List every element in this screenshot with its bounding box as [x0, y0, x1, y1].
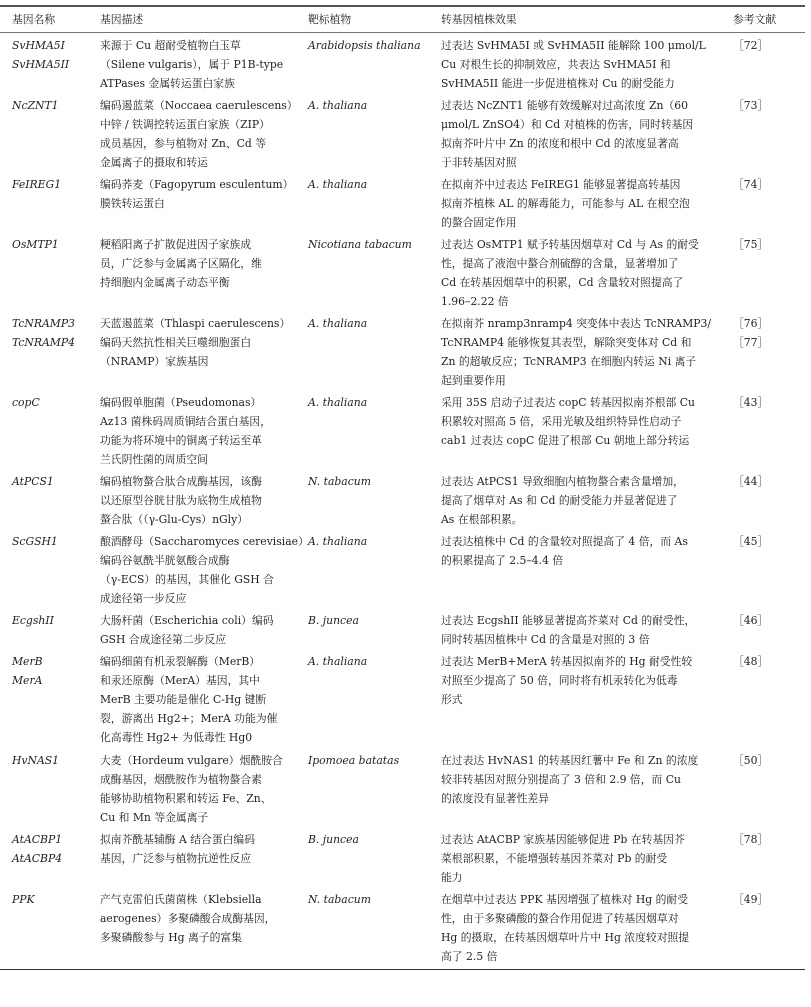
gene-description-line: 多聚磷酸参与 Hg 离子的富集 [100, 928, 308, 947]
transgenic-effect-line: 过表达 NcZNT1 能够有效缓解对过高浓度 Zn（60 [441, 96, 733, 115]
gene-description-line: 编码天然抗性相关巨噬细胞蛋白 [100, 333, 308, 352]
transgenic-effect-line: As 在根部积累。 [441, 510, 733, 529]
gene-name-cell: MerBMerA [0, 652, 100, 751]
gene-description-line: 和汞还原酶（MerA）基因，其中 [100, 671, 308, 690]
gene-name-line: PPK [12, 890, 100, 909]
transgenic-effect-line: 过表达 MerB+MerA 转基因拟南芥的 Hg 耐受性较 [441, 652, 733, 671]
reference-line: ［49］ [733, 890, 805, 909]
gene-name-line: TcNRAMP3 [12, 314, 100, 333]
target-plant-cell: N. tabacum [308, 890, 441, 969]
transgenic-effect-line: 较非转基因对照分别提高了 3 倍和 2.9 倍，而 Cu [441, 770, 733, 789]
reference-line: ［72］ [733, 36, 805, 55]
transgenic-effect-line: 能力 [441, 868, 733, 887]
gene-name-line: AtPCS1 [12, 472, 100, 491]
target-plant-line: A. thaliana [308, 96, 441, 115]
gene-name-cell: SvHMA5ISvHMA5II [0, 36, 100, 96]
gene-name-cell: EcgshII [0, 611, 100, 652]
gene-name-line: TcNRAMP4 [12, 333, 100, 352]
header-references: 参考文献 [733, 10, 805, 29]
reference-line: ［75］ [733, 235, 805, 254]
transgenic-effect-line: 对照至少提高了 50 倍，同时将有机汞转化为低毒 [441, 671, 733, 690]
transgenic-effect-line: 性，由于多聚磷酸的螯合作用促进了转基因烟草对 [441, 909, 733, 928]
target-plant-line: Ipomoea batatas [308, 751, 441, 770]
transgenic-effect-line: 提高了烟草对 As 和 Cd 的耐受能力并显著促进了 [441, 491, 733, 510]
transgenic-effect-cell: 过表达 EcgshII 能够显著提高芥菜对 Cd 的耐受性，同时转基因植株中 C… [441, 611, 733, 652]
target-plant-line: A. thaliana [308, 532, 441, 551]
header-gene-description: 基因描述 [100, 10, 308, 29]
table-row: TcNRAMP3TcNRAMP4天蓝遏蓝菜（Thlaspi caerulesce… [0, 314, 805, 393]
reference-line: ［43］ [733, 393, 805, 412]
header-gene-name: 基因名称 [0, 10, 100, 29]
table-row: OsMTP1粳稻阳离子扩散促进因子家族成员，广泛参与金属离子区隔化，维持细胞内金… [0, 235, 805, 314]
gene-description-line: 螯合肽（（γ-Glu-Cys）nGly） [100, 510, 308, 529]
gene-description-cell: 编码遏蓝菜（Noccaea caerulescens）中锌 / 铁调控转运蛋白家… [100, 96, 308, 175]
table-row: EcgshII大肠杆菌（Escherichia coli）编码GSH 合成途径第… [0, 611, 805, 652]
transgenic-effect-cell: 在过表达 HvNAS1 的转基因红薯中 Fe 和 Zn 的浓度较非转基因对照分别… [441, 751, 733, 830]
reference-line: ［78］ [733, 830, 805, 849]
transgenic-effect-cell: 过表达 SvHMA5I 或 SvHMA5II 能解除 100 μmol/LCu … [441, 36, 733, 96]
gene-description-line: ATPases 金属转运蛋白家族 [100, 74, 308, 93]
transgenic-effect-cell: 在烟草中过表达 PPK 基因增强了植株对 Hg 的耐受性，由于多聚磷酸的螯合作用… [441, 890, 733, 969]
gene-description-line: 能够协助植物积累和转运 Fe、Zn、 [100, 789, 308, 808]
gene-description-line: 大肠杆菌（Escherichia coli）编码 [100, 611, 308, 630]
transgenic-effect-cell: 在拟南芥中过表达 FeIREG1 能够显著提高转基因拟南芥植株 AL 的解毒能力… [441, 175, 733, 235]
transgenic-effect-cell: 过表达 AtPCS1 导致细胞内植物螯合素含量增加，提高了烟草对 As 和 Cd… [441, 472, 733, 532]
table-body: SvHMA5ISvHMA5II来源于 Cu 超耐受植物白玉草（Silene vu… [0, 33, 805, 969]
transgenic-effect-cell: 在拟南芥 nramp3nramp4 突变体中表达 TcNRAMP3/TcNRAM… [441, 314, 733, 393]
transgenic-effect-line: SvHMA5II 能进一步促进植株对 Cu 的耐受能力 [441, 74, 733, 93]
gene-description-line: 持细胞内金属离子动态平衡 [100, 273, 308, 292]
reference-cell: ［43］ [733, 393, 805, 472]
gene-name-cell: HvNAS1 [0, 751, 100, 830]
header-target-plant: 靶标植物 [308, 10, 441, 29]
gene-name-cell: NcZNT1 [0, 96, 100, 175]
transgenic-effect-cell: 过表达植株中 Cd 的含量较对照提高了 4 倍，而 As的积累提高了 2.5–4… [441, 532, 733, 611]
target-plant-line: B. juncea [308, 611, 441, 630]
target-plant-line: A. thaliana [308, 175, 441, 194]
target-plant-cell: B. juncea [308, 611, 441, 652]
gene-description-cell: 拟南芥酰基辅酶 A 结合蛋白编码基因，广泛参与植物抗逆性反应 [100, 830, 308, 890]
reference-cell: ［78］ [733, 830, 805, 890]
transgenic-effect-line: 过表达 AtACBP 家族基因能够促进 Pb 在转基因芥 [441, 830, 733, 849]
transgenic-effect-cell: 过表达 AtACBP 家族基因能够促进 Pb 在转基因芥菜根部积累，不能增强转基… [441, 830, 733, 890]
transgenic-effect-cell: 过表达 MerB+MerA 转基因拟南芥的 Hg 耐受性较对照至少提高了 50 … [441, 652, 733, 751]
transgenic-effect-line: Cu 对根生长的抑制效应，共表达 SvHMA5I 和 [441, 55, 733, 74]
target-plant-cell: A. thaliana [308, 393, 441, 472]
gene-description-line: 大麦（Hordeum vulgare）烟酰胺合 [100, 751, 308, 770]
reference-cell: ［49］ [733, 890, 805, 969]
transgenic-effect-line: 拟南芥植株 AL 的解毒能力，可能参与 AL 在根空泡 [441, 194, 733, 213]
transgenic-effect-line: μmol/L ZnSO4）和 Cd 对植株的伤害，同时转基因 [441, 115, 733, 134]
target-plant-cell: A. thaliana [308, 314, 441, 393]
target-plant-line: A. thaliana [308, 314, 441, 333]
gene-name-line: AtACBP1 [12, 830, 100, 849]
target-plant-cell: A. thaliana [308, 175, 441, 235]
gene-description-cell: 来源于 Cu 超耐受植物白玉草（Silene vulgaris），属于 P1B-… [100, 36, 308, 96]
transgenic-effect-line: 在烟草中过表达 PPK 基因增强了植株对 Hg 的耐受 [441, 890, 733, 909]
gene-description-line: 编码细菌有机汞裂解酶（MerB） [100, 652, 308, 671]
gene-name-line: SvHMA5I [12, 36, 100, 55]
gene-description-line: 编码遏蓝菜（Noccaea caerulescens） [100, 96, 308, 115]
transgenic-effect-line: 采用 35S 启动子过表达 copC 转基因拟南芥根部 Cu [441, 393, 733, 412]
gene-description-cell: 产气克雷伯氏菌菌株（Klebsiellaaerogenes）多聚磷酸合成酶基因，… [100, 890, 308, 969]
transgenic-effect-line: 过表达植株中 Cd 的含量较对照提高了 4 倍，而 As [441, 532, 733, 551]
gene-description-line: 员，广泛参与金属离子区隔化，维 [100, 254, 308, 273]
target-plant-cell: A. thaliana [308, 652, 441, 751]
table-row: MerBMerA编码细菌有机汞裂解酶（MerB）和汞还原酶（MerA）基因，其中… [0, 652, 805, 751]
transgenic-effect-line: 拟南芥叶片中 Zn 的浓度和根中 Cd 的浓度显著高 [441, 134, 733, 153]
reference-line: ［46］ [733, 611, 805, 630]
gene-name-line: SvHMA5II [12, 55, 100, 74]
gene-description-line: 来源于 Cu 超耐受植物白玉草 [100, 36, 308, 55]
transgenic-effect-line: 高了 2.5 倍 [441, 947, 733, 966]
gene-name-line: ScGSH1 [12, 532, 100, 551]
gene-name-cell: AtACBP1AtACBP4 [0, 830, 100, 890]
transgenic-effect-line: 于非转基因对照 [441, 153, 733, 172]
gene-description-cell: 大麦（Hordeum vulgare）烟酰胺合成酶基因，烟酰胺作为植物螯合素能够… [100, 751, 308, 830]
target-plant-cell: Arabidopsis thaliana [308, 36, 441, 96]
gene-table: 基因名称 基因描述 靶标植物 转基因植株效果 参考文献 SvHMA5ISvHMA… [0, 5, 805, 970]
gene-name-line: copC [12, 393, 100, 412]
gene-name-line: HvNAS1 [12, 751, 100, 770]
transgenic-effect-line: 过表达 OsMTP1 赋予转基因烟草对 Cd 与 As 的耐受 [441, 235, 733, 254]
gene-name-line: FeIREG1 [12, 175, 100, 194]
table-row: ScGSH1酿酒酵母（Saccharomyces cerevisiae）编码谷氨… [0, 532, 805, 611]
gene-name-cell: FeIREG1 [0, 175, 100, 235]
transgenic-effect-line: 的积累提高了 2.5–4.4 倍 [441, 551, 733, 570]
gene-description-cell: 粳稻阳离子扩散促进因子家族成员，广泛参与金属离子区隔化，维持细胞内金属离子动态平… [100, 235, 308, 314]
reference-line: ［45］ [733, 532, 805, 551]
reference-line: ［77］ [733, 333, 805, 352]
gene-description-line: 成酶基因，烟酰胺作为植物螯合素 [100, 770, 308, 789]
gene-name-line: NcZNT1 [12, 96, 100, 115]
gene-description-cell: 编码荞麦（Fagopyrum esculentum）膜铁转运蛋白 [100, 175, 308, 235]
target-plant-line: Arabidopsis thaliana [308, 36, 441, 55]
gene-description-cell: 编码假单胞菌（Pseudomonas）Az13 菌株码周质铜结合蛋白基因，功能为… [100, 393, 308, 472]
transgenic-effect-line: 在过表达 HvNAS1 的转基因红薯中 Fe 和 Zn 的浓度 [441, 751, 733, 770]
target-plant-cell: Ipomoea batatas [308, 751, 441, 830]
gene-description-cell: 编码植物螯合肽合成酶基因，该酶以还原型谷胱甘肽为底物生成植物螯合肽（（γ-Glu… [100, 472, 308, 532]
gene-name-cell: AtPCS1 [0, 472, 100, 532]
transgenic-effect-line: 菜根部积累，不能增强转基因芥菜对 Pb 的耐受 [441, 849, 733, 868]
transgenic-effect-cell: 过表达 OsMTP1 赋予转基因烟草对 Cd 与 As 的耐受性，提高了液泡中螯… [441, 235, 733, 314]
gene-description-line: （γ-ECS）的基因，其催化 GSH 合 [100, 570, 308, 589]
table-row: PPK产气克雷伯氏菌菌株（Klebsiellaaerogenes）多聚磷酸合成酶… [0, 890, 805, 969]
reference-line: ［74］ [733, 175, 805, 194]
target-plant-cell: B. juncea [308, 830, 441, 890]
reference-line: ［44］ [733, 472, 805, 491]
gene-description-line: Az13 菌株码周质铜结合蛋白基因， [100, 412, 308, 431]
gene-name-line: MerA [12, 671, 100, 690]
target-plant-cell: N. tabacum [308, 472, 441, 532]
reference-cell: ［75］ [733, 235, 805, 314]
gene-description-line: 金属离子的摄取和转运 [100, 153, 308, 172]
target-plant-cell: Nicotiana tabacum [308, 235, 441, 314]
gene-name-cell: ScGSH1 [0, 532, 100, 611]
target-plant-line: B. juncea [308, 830, 441, 849]
transgenic-effect-line: Zn 的超敏反应；TcNRAMP3 在细胞内转运 Ni 离子 [441, 352, 733, 371]
target-plant-line: Nicotiana tabacum [308, 235, 441, 254]
gene-description-line: 天蓝遏蓝菜（Thlaspi caerulescens） [100, 314, 308, 333]
reference-cell: ［76］［77］ [733, 314, 805, 393]
table-row: SvHMA5ISvHMA5II来源于 Cu 超耐受植物白玉草（Silene vu… [0, 36, 805, 96]
target-plant-cell: A. thaliana [308, 532, 441, 611]
gene-description-line: 粳稻阳离子扩散促进因子家族成 [100, 235, 308, 254]
gene-description-cell: 大肠杆菌（Escherichia coli）编码GSH 合成途径第二步反应 [100, 611, 308, 652]
gene-description-line: 编码植物螯合肽合成酶基因，该酶 [100, 472, 308, 491]
target-plant-line: N. tabacum [308, 890, 441, 909]
gene-description-line: 成员基因，参与植物对 Zn、Cd 等 [100, 134, 308, 153]
gene-description-line: aerogenes）多聚磷酸合成酶基因， [100, 909, 308, 928]
gene-name-cell: OsMTP1 [0, 235, 100, 314]
reference-line: ［50］ [733, 751, 805, 770]
gene-name-line: EcgshII [12, 611, 100, 630]
gene-description-line: 产气克雷伯氏菌菌株（Klebsiella [100, 890, 308, 909]
transgenic-effect-line: 形式 [441, 690, 733, 709]
gene-description-cell: 天蓝遏蓝菜（Thlaspi caerulescens）编码天然抗性相关巨噬细胞蛋… [100, 314, 308, 393]
table-header-row: 基因名称 基因描述 靶标植物 转基因植株效果 参考文献 [0, 7, 805, 32]
gene-description-line: 中锌 / 铁调控转运蛋白家族（ZIP） [100, 115, 308, 134]
transgenic-effect-line: 1.96–2.22 倍 [441, 292, 733, 311]
target-plant-cell: A. thaliana [308, 96, 441, 175]
reference-line: ［73］ [733, 96, 805, 115]
gene-name-cell: PPK [0, 890, 100, 969]
gene-name-cell: TcNRAMP3TcNRAMP4 [0, 314, 100, 393]
transgenic-effect-line: Hg 的摄取，在转基因烟草叶片中 Hg 浓度较对照提 [441, 928, 733, 947]
transgenic-effect-line: cab1 过表达 copC 促进了根部 Cu 朝地上部分转运 [441, 431, 733, 450]
target-plant-line: N. tabacum [308, 472, 441, 491]
reference-cell: ［50］ [733, 751, 805, 830]
table-row: NcZNT1编码遏蓝菜（Noccaea caerulescens）中锌 / 铁调… [0, 96, 805, 175]
transgenic-effect-line: 的螯合固定作用 [441, 213, 733, 232]
transgenic-effect-cell: 过表达 NcZNT1 能够有效缓解对过高浓度 Zn（60μmol/L ZnSO4… [441, 96, 733, 175]
gene-description-line: 以还原型谷胱甘肽为底物生成植物 [100, 491, 308, 510]
header-transgenic-effect: 转基因植株效果 [441, 10, 733, 29]
gene-description-line: 成途径第一步反应 [100, 589, 308, 608]
reference-line: ［76］ [733, 314, 805, 333]
gene-description-line: （NRAMP）家族基因 [100, 352, 308, 371]
transgenic-effect-line: 过表达 EcgshII 能够显著提高芥菜对 Cd 的耐受性， [441, 611, 733, 630]
table-row: AtPCS1编码植物螯合肽合成酶基因，该酶以还原型谷胱甘肽为底物生成植物螯合肽（… [0, 472, 805, 532]
gene-description-line: 拟南芥酰基辅酶 A 结合蛋白编码 [100, 830, 308, 849]
transgenic-effect-line: 起到重要作用 [441, 371, 733, 390]
gene-description-line: 化高毒性 Hg2+ 为低毒性 Hg0 [100, 728, 308, 747]
transgenic-effect-line: 性，提高了液泡中螯合剂硫醇的含量，显著增加了 [441, 254, 733, 273]
transgenic-effect-cell: 采用 35S 启动子过表达 copC 转基因拟南芥根部 Cu积累较对照高 5 倍… [441, 393, 733, 472]
transgenic-effect-line: 同时转基因植株中 Cd 的含量是对照的 3 倍 [441, 630, 733, 649]
transgenic-effect-line: 的浓度没有显著性差异 [441, 789, 733, 808]
gene-description-line: 兰氏阴性菌的周质空间 [100, 450, 308, 469]
transgenic-effect-line: 在拟南芥中过表达 FeIREG1 能够显著提高转基因 [441, 175, 733, 194]
reference-cell: ［45］ [733, 532, 805, 611]
gene-description-line: （Silene vulgaris），属于 P1B-type [100, 55, 308, 74]
gene-description-cell: 酿酒酵母（Saccharomyces cerevisiae）编码谷氨酰半胱氨酸合… [100, 532, 308, 611]
target-plant-line: A. thaliana [308, 652, 441, 671]
gene-description-line: 裂，游离出 Hg2+；MerA 功能为催 [100, 709, 308, 728]
table-row: FeIREG1编码荞麦（Fagopyrum esculentum）膜铁转运蛋白A… [0, 175, 805, 235]
reference-cell: ［46］ [733, 611, 805, 652]
transgenic-effect-line: TcNRAMP4 能够恢复其表型，解除突变体对 Cd 和 [441, 333, 733, 352]
transgenic-effect-line: 过表达 SvHMA5I 或 SvHMA5II 能解除 100 μmol/L [441, 36, 733, 55]
gene-description-line: MerB 主要功能是催化 C-Hg 键断 [100, 690, 308, 709]
gene-description-line: GSH 合成途径第二步反应 [100, 630, 308, 649]
gene-description-line: Cu 和 Mn 等金属离子 [100, 808, 308, 827]
reference-line: ［48］ [733, 652, 805, 671]
gene-description-cell: 编码细菌有机汞裂解酶（MerB）和汞还原酶（MerA）基因，其中MerB 主要功… [100, 652, 308, 751]
gene-description-line: 基因，广泛参与植物抗逆性反应 [100, 849, 308, 868]
transgenic-effect-line: 过表达 AtPCS1 导致细胞内植物螯合素含量增加， [441, 472, 733, 491]
target-plant-line: A. thaliana [308, 393, 441, 412]
table-row: AtACBP1AtACBP4拟南芥酰基辅酶 A 结合蛋白编码基因，广泛参与植物抗… [0, 830, 805, 890]
reference-cell: ［74］ [733, 175, 805, 235]
table-row: copC编码假单胞菌（Pseudomonas）Az13 菌株码周质铜结合蛋白基因… [0, 393, 805, 472]
gene-description-line: 编码谷氨酰半胱氨酸合成酶 [100, 551, 308, 570]
gene-name-cell: copC [0, 393, 100, 472]
table-bottom-rule [0, 969, 805, 970]
transgenic-effect-line: Cd 在转基因烟草中的积累，Cd 含量较对照提高了 [441, 273, 733, 292]
reference-cell: ［48］ [733, 652, 805, 751]
gene-name-line: OsMTP1 [12, 235, 100, 254]
gene-description-line: 编码荞麦（Fagopyrum esculentum） [100, 175, 308, 194]
gene-description-line: 酿酒酵母（Saccharomyces cerevisiae） [100, 532, 308, 551]
table-row: HvNAS1大麦（Hordeum vulgare）烟酰胺合成酶基因，烟酰胺作为植… [0, 751, 805, 830]
gene-description-line: 编码假单胞菌（Pseudomonas） [100, 393, 308, 412]
gene-description-line: 功能为将环境中的铜离子转运至革 [100, 431, 308, 450]
gene-description-line: 膜铁转运蛋白 [100, 194, 308, 213]
transgenic-effect-line: 在拟南芥 nramp3nramp4 突变体中表达 TcNRAMP3/ [441, 314, 733, 333]
reference-cell: ［72］ [733, 36, 805, 96]
reference-cell: ［44］ [733, 472, 805, 532]
gene-name-line: AtACBP4 [12, 849, 100, 868]
reference-cell: ［73］ [733, 96, 805, 175]
gene-name-line: MerB [12, 652, 100, 671]
transgenic-effect-line: 积累较对照高 5 倍，采用光敏及组织特异性启动子 [441, 412, 733, 431]
